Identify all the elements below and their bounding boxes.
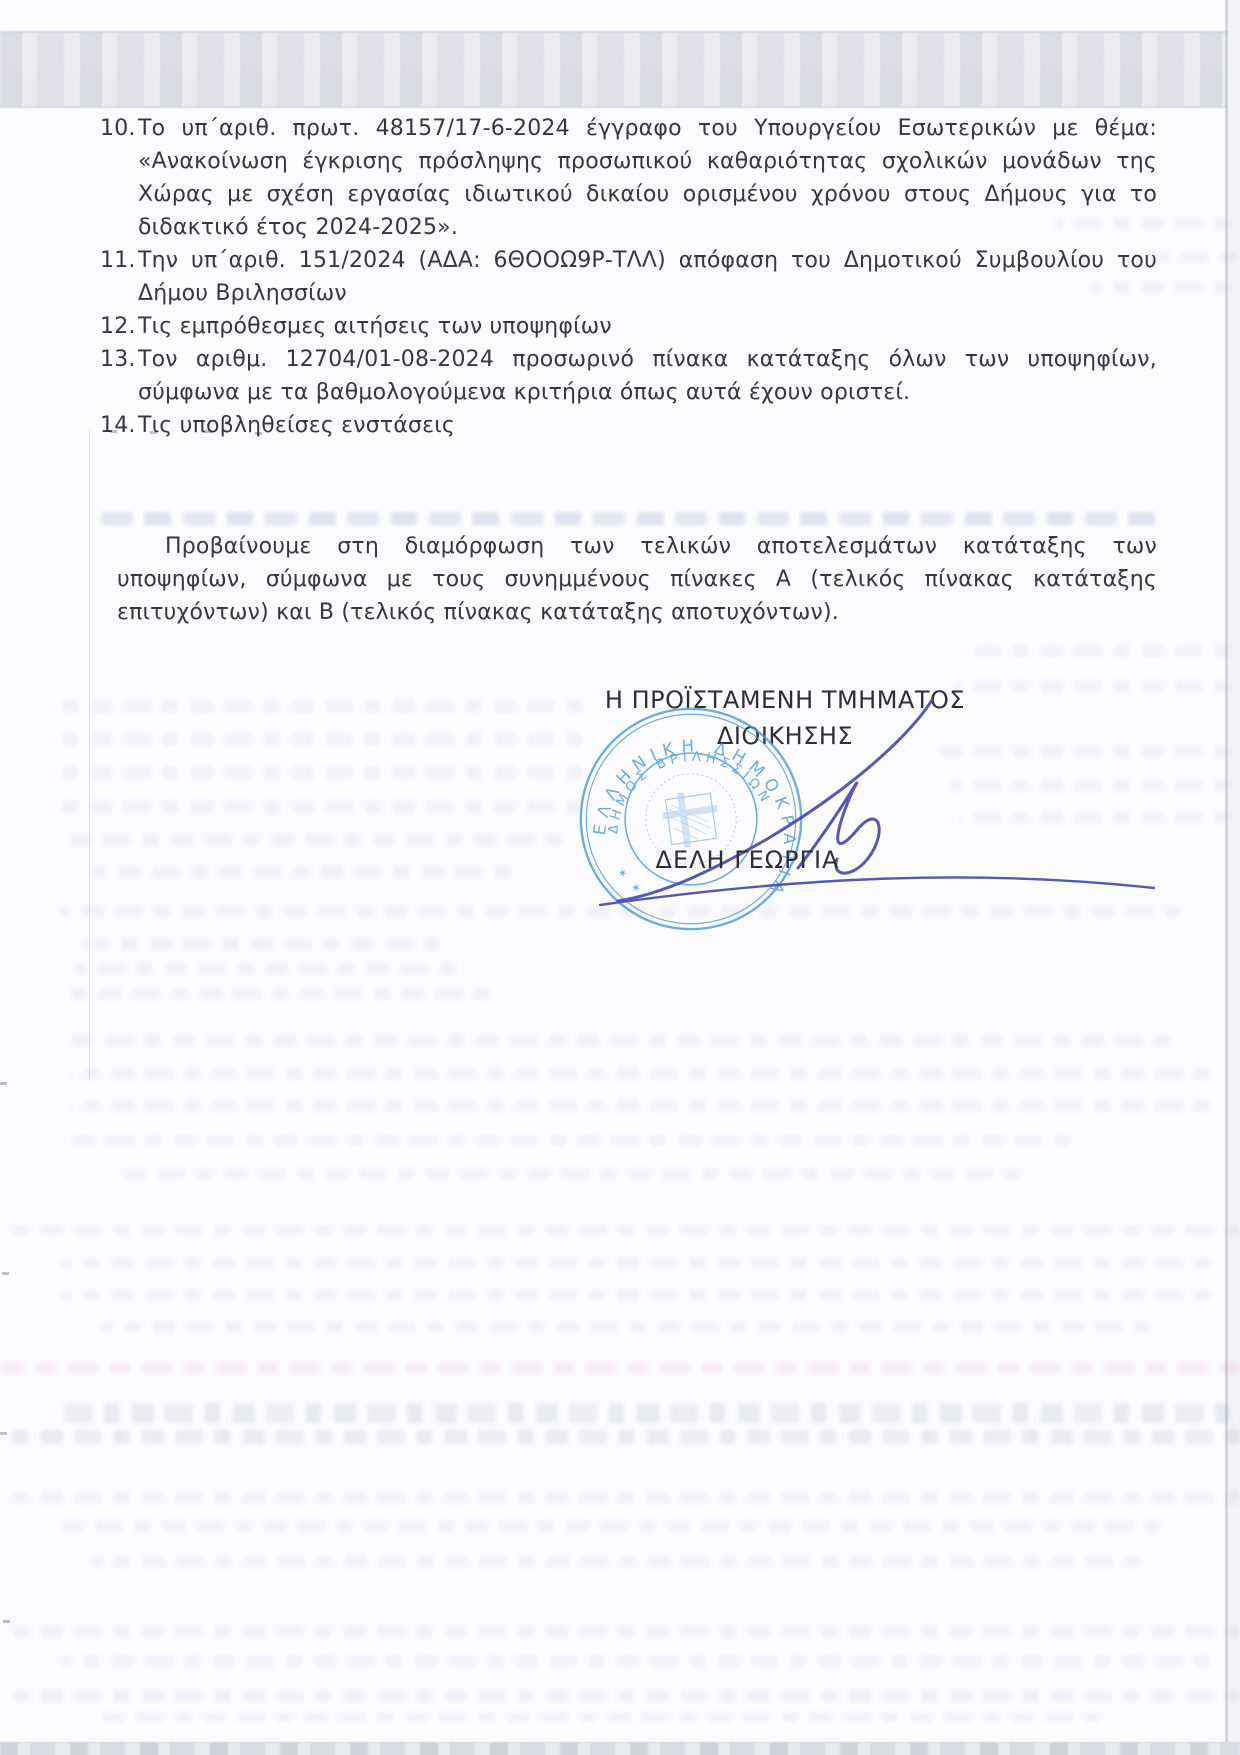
scan-speck: [3, 1620, 10, 1623]
bleedthrough-line: [80, 938, 440, 950]
bleedthrough-line: [62, 766, 582, 779]
scan-edge-bottom: [0, 1742, 1240, 1755]
bleedthrough-line: [0, 1362, 1240, 1374]
list-item-10: 10. Το υπ΄αριθ. πρωτ. 48157/17-6-2024 έγ…: [100, 112, 1157, 244]
list-item-13: 13. Τον αριθμ. 12704/01-08-2024 προσωριν…: [100, 343, 1157, 409]
list-number: 10.: [100, 112, 136, 145]
bleedthrough-line: [60, 1258, 1210, 1268]
list-text: Το υπ΄αριθ. πρωτ. 48157/17-6-2024 έγγραφ…: [138, 116, 1157, 240]
bleedthrough-line: [70, 1135, 1070, 1146]
numbered-list: 10. Το υπ΄αριθ. πρωτ. 48157/17-6-2024 έγ…: [100, 112, 1157, 442]
list-item-12: 12. Τις εμπρόθεσμες αιτήσεις των υποψηφί…: [100, 310, 1157, 343]
bleedthrough-line: [0, 1625, 1240, 1637]
bleedthrough-line: [100, 1712, 1100, 1722]
bleedthrough-line: [975, 645, 1230, 657]
scan-speck: [2, 1272, 9, 1275]
scan-noise-band: [0, 31, 1240, 108]
list-number: 13.: [100, 343, 136, 376]
scanned-document-page: 10. Το υπ΄αριθ. πρωτ. 48157/17-6-2024 έγ…: [0, 0, 1240, 1755]
bleedthrough-line: [60, 1655, 1210, 1667]
bleedthrough-line: [0, 1225, 1240, 1235]
bleedthrough-line: [90, 1556, 1140, 1568]
bleedthrough-line: [0, 1492, 1240, 1504]
scan-crease: [89, 430, 90, 1080]
bleedthrough-line: [0, 1690, 1240, 1702]
bleedthrough-line: [62, 700, 582, 713]
list-number: 14.: [100, 409, 136, 442]
handwritten-signature: [540, 672, 1180, 922]
bleedthrough-line: [70, 1100, 1210, 1112]
scan-speck: [0, 1432, 7, 1435]
bleedthrough-line: [62, 800, 582, 813]
bleedthrough-line: [60, 1290, 1210, 1300]
bleedthrough-line: [62, 733, 582, 746]
bleedthrough-line: [70, 988, 490, 1000]
bleedthrough-line: [60, 1520, 1160, 1532]
signatory-name: ΔΕΛΗ ΓΕΩΡΓΙΑ: [615, 846, 880, 874]
scan-speck: [0, 1082, 7, 1085]
list-text: Την υπ΄αριθ. 151/2024 (ΑΔΑ: 6ΘΟΟΩ9Ρ-ΤΛΛ)…: [138, 248, 1157, 306]
bleedthrough-line: [95, 512, 1155, 525]
bleedthrough-line: [62, 833, 562, 846]
list-text: Τις υποβληθείσες ενστάσεις: [138, 413, 455, 438]
bleedthrough-line: [60, 1403, 1230, 1423]
bleedthrough-line: [70, 1068, 1210, 1080]
list-text: Τον αριθμ. 12704/01-08-2024 προσωρινό πί…: [138, 347, 1157, 405]
bleedthrough-line: [75, 963, 455, 975]
bleedthrough-line: [90, 866, 510, 879]
list-number: 11.: [100, 244, 136, 277]
body-paragraph: Προβαίνουμε στη διαμόρφωση των τελικών α…: [117, 530, 1157, 629]
bleedthrough-line: [100, 1322, 1150, 1332]
list-item-11: 11. Την υπ΄αριθ. 151/2024 (ΑΔΑ: 6ΘΟΟΩ9Ρ-…: [100, 244, 1157, 310]
bleedthrough-line: [70, 1035, 1170, 1047]
list-item-14: 14. Τις υποβληθείσες ενστάσεις: [100, 409, 1157, 442]
list-number: 12.: [100, 310, 136, 343]
bleedthrough-line: [120, 1168, 1020, 1179]
list-text: Τις εμπρόθεσμες αιτήσεις των υποψηφίων: [138, 314, 612, 339]
bleedthrough-line: [0, 1430, 1240, 1444]
